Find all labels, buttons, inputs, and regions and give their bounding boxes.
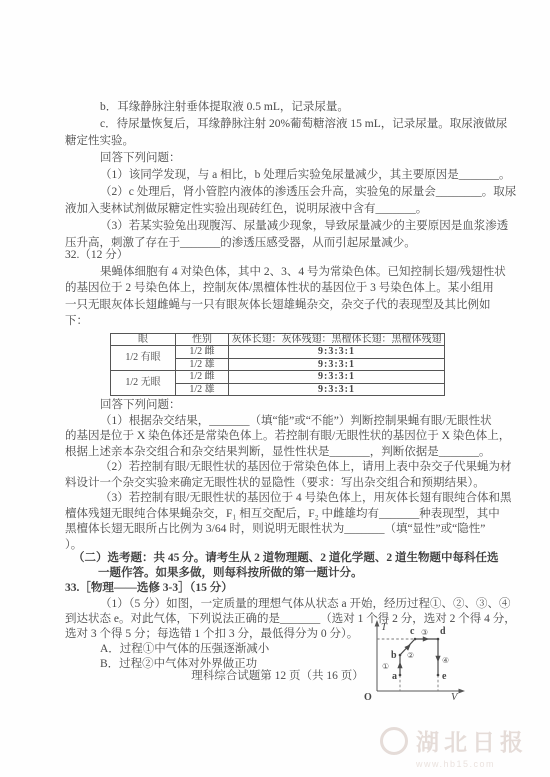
question-line: 黑檀体长翅无眼所占比例为 3/64 时，则说明无眼性状为_______（填“显性…: [65, 522, 505, 538]
question-33-number: 33.［物理——选修 3-3］（15 分）: [65, 581, 505, 596]
table-cell-sex: 1/2 雌: [176, 346, 229, 359]
question-line: 的基因是位于 X 染色体还是常染色体上。若控制有眼/无眼性状的基因位于 X 染色…: [65, 429, 505, 445]
point-b: [399, 654, 402, 657]
step-c-line2: 糖定性实验。: [65, 133, 505, 150]
question-32-section: 32.（12 分） 果蝇体细胞有 4 对染色体，其中 2、3、4 号为常染色体。…: [65, 247, 505, 553]
table-cell-ratio: 9:3:3:1: [229, 383, 445, 396]
origin-label: O: [364, 692, 372, 702]
point-label-c: c: [410, 626, 415, 637]
process-label-2: ②: [407, 651, 414, 660]
answer-prompt: 回答下列问题：: [65, 150, 505, 167]
table-cell-eye: 1/2 有眼: [111, 346, 176, 371]
table-header-sex: 性别: [176, 333, 229, 346]
question-line: （3）若控制有眼/无眼性状的基因位于 4 号染色体上，用灰体长翅有眼纯合体和黑: [65, 491, 505, 507]
question-line: 檀体残翅无眼纯合体果蝇杂交，F₁ 相互交配后，F₂ 中雌雄均有_______种表…: [65, 507, 505, 523]
intro-line: 一只无眼灰体长翅雌蝇与一只有眼灰体长翅雄蝇杂交，杂交子代的表现型及其比例如: [65, 297, 505, 314]
point-d: [437, 638, 440, 641]
cross-results-table: 眼 性别 灰体长翅：灰体残翅：黑檀体长翅：黑檀体残翅 1/2 有眼 1/2 雌 …: [110, 333, 445, 397]
intro-line: 下：: [65, 313, 505, 330]
table-header-eye: 眼: [111, 333, 176, 346]
intro-line: 果蝇体细胞有 4 对染色体，其中 2、3、4 号为常染色体。已知控制长翅/残翅性…: [65, 264, 505, 281]
question-line: （1）（5 分）如图，一定质量的理想气体从状态 a 开始，经历过程①、②、③、④: [65, 597, 505, 612]
t-axis-arrow-icon: [375, 620, 380, 627]
v-axis-arrow-icon: [459, 689, 466, 694]
point-label-d: d: [440, 626, 446, 637]
watermark: 湖北日报 www.hb15.com: [380, 724, 548, 769]
table-header-row: 眼 性别 灰体长翅：灰体残翅：黑檀体长翅：黑檀体残翅: [111, 333, 445, 346]
point-c: [414, 638, 417, 641]
question-31-section: b．耳缘静脉注射垂体提取液 0.5 mL，记录尿量。 c．待尿量恢复后，耳缘静脉…: [65, 99, 505, 252]
table-cell-sex: 1/2 雄: [176, 383, 229, 396]
process-3-arrow-icon: [423, 636, 429, 641]
question-line: 料设计一个杂交实验来确定无眼性状的显隐性（要求：写出杂交组合和预期结果）。: [65, 476, 505, 492]
process-label-3: ③: [421, 628, 428, 637]
watermark-text: 湖北日报: [416, 724, 528, 757]
table-cell-ratio: 9:3:3:1: [229, 371, 445, 384]
process-label-4: ④: [442, 656, 449, 665]
table-cell-sex: 1/2 雌: [176, 371, 229, 384]
step-b-line: b．耳缘静脉注射垂体提取液 0.5 mL，记录尿量。: [65, 99, 505, 116]
question-line: （3）若某实验兔出现腹泻、尿量减少现象，导致尿量减少的主要原因是血浆渗透: [65, 218, 505, 235]
question-line: （2）c 处理后，肾小管腔内液体的渗透压会升高，实验兔的尿量会________。…: [65, 184, 505, 201]
question-line: （2）若控制有眼/无眼性状的基因位于常染色体上，请用上表中杂交子代果蝇为材: [65, 460, 505, 476]
table-header-ratio: 灰体长翅：灰体残翅：黑檀体长翅：黑檀体残翅: [229, 333, 445, 346]
watermark-emblem-icon: [380, 727, 408, 755]
table-row: 1/2 有眼 1/2 雌 9:3:3:1: [111, 346, 445, 359]
table-cell-ratio: 9:3:3:1: [229, 358, 445, 371]
exam-page: b．耳缘静脉注射垂体提取液 0.5 mL，记录尿量。 c．待尿量恢复后，耳缘静脉…: [0, 0, 550, 777]
page-footer: 理科综合试题第 12 页（共 16 页）: [65, 667, 490, 683]
table-cell-ratio: 9:3:3:1: [229, 346, 445, 359]
x-axis-label: V: [451, 692, 459, 702]
section-heading-line: （二）选考题：共 45 分。请考生从 2 道物理题、2 道化学题、2 道生物题中…: [65, 551, 505, 566]
table-row: 1/2 无眼 1/2 雌 9:3:3:1: [111, 371, 445, 384]
question-line: （1）根据杂交结果，_______（填“能”或“不能”）判断控制果蝇有眼/无眼性…: [65, 414, 505, 430]
question-line: （1）该同学发现，与 a 相比，b 处理后实验兔尿量减少，其主要原因是_____…: [65, 167, 505, 184]
answer-prompt: 回答下列问题：: [65, 398, 505, 414]
question-line: 根据上述亲本杂交组合和杂交结果判断，显性性状是_______，判断依据是____…: [65, 445, 505, 461]
tv-diagram: T V O a b c d e ① ② ③ ④: [352, 617, 487, 702]
point-label-b: b: [391, 650, 397, 661]
question-line: 液加入斐林试剂做尿糖定性实验出现砖红色，说明尿液中含有_______。: [65, 201, 505, 218]
table-cell-sex: 1/2 雄: [176, 358, 229, 371]
question-32-number: 32.（12 分）: [65, 247, 505, 264]
step-c-line1: c．待尿量恢复后，耳缘静脉注射 20%葡萄糖溶液 15 mL，记录尿量。取尿液做…: [65, 116, 505, 133]
intro-line: 的基因位于 2 号染色体上，控制灰体/黑檀体性状的基因位于 3 号染色体上。某小…: [65, 280, 505, 297]
watermark-url: www.hb15.com: [416, 759, 548, 769]
y-axis-label: T: [381, 622, 388, 633]
process-4-arrow-icon: [435, 656, 440, 662]
section-heading-line: 一题作答。如果多做，则每科按所做的第一题计分。: [65, 566, 505, 581]
table-cell-eye: 1/2 无眼: [111, 371, 176, 396]
